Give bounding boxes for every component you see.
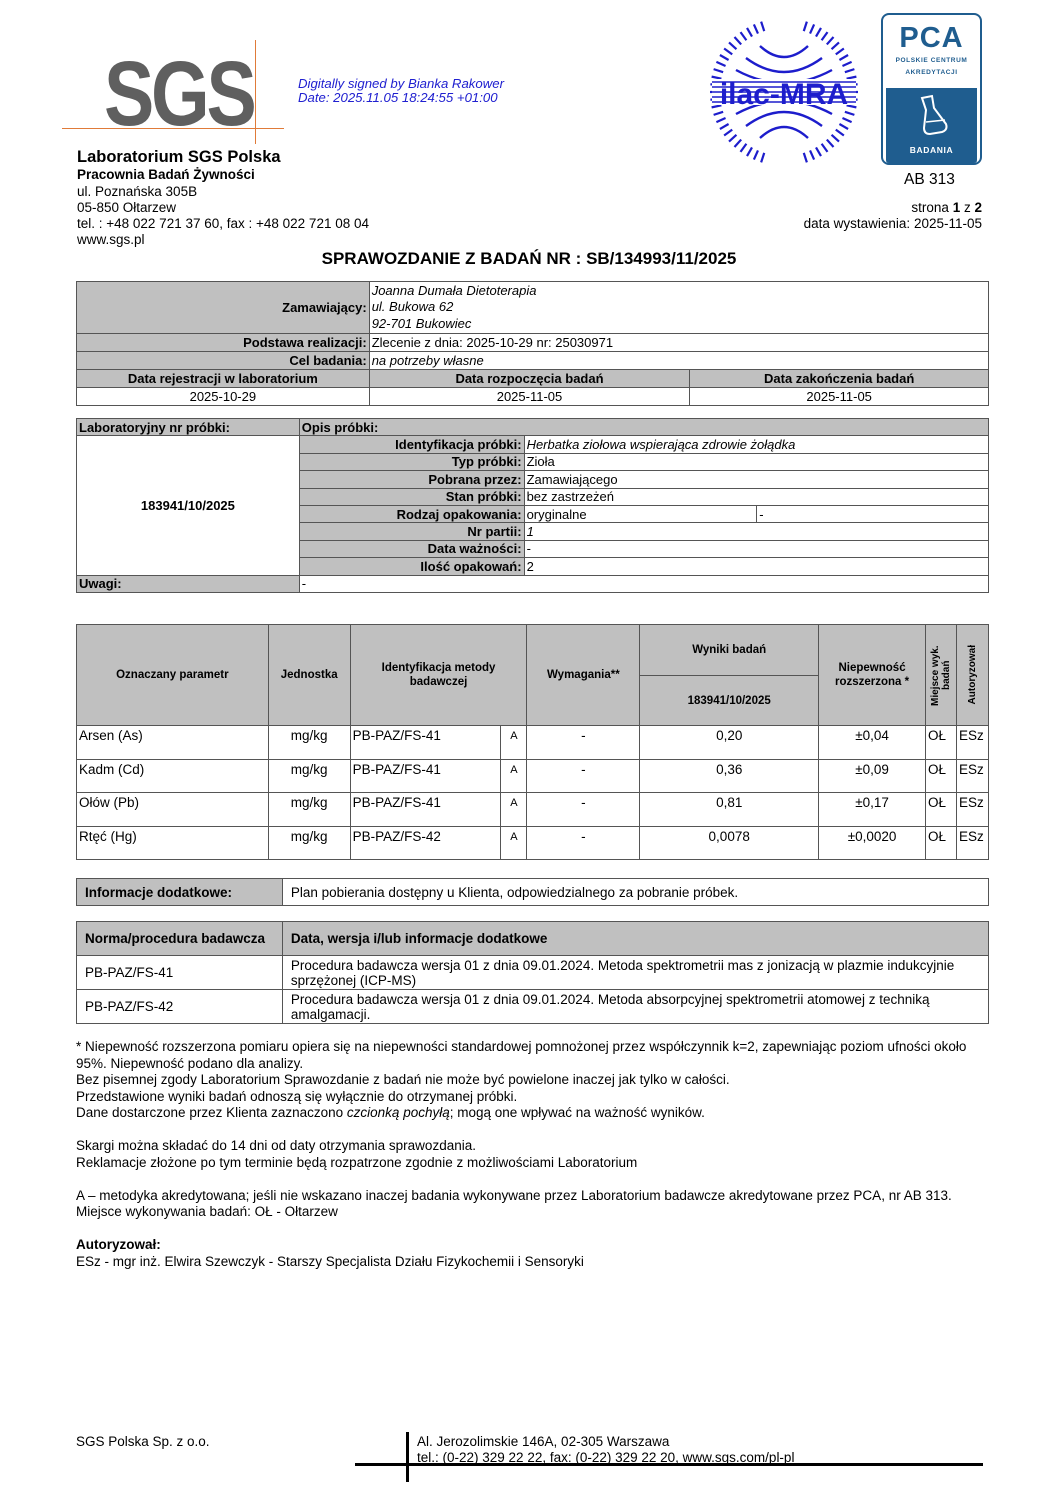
lab-phone: tel. : +48 022 721 37 60, fax : +48 022 … <box>77 216 369 232</box>
lab-city: 05-850 Ołtarzew <box>77 200 176 216</box>
sample-field-label: Ilość opakowań: <box>299 558 524 575</box>
result-place: OŁ <box>926 759 957 793</box>
sample-field-value: Zamawiającego <box>524 471 988 488</box>
result-requirement: - <box>527 826 640 860</box>
sample-field-value: - <box>524 540 988 557</box>
note-place: Miejsce wykonywania badań: OŁ - Ołtarzew <box>76 1204 986 1221</box>
logo-accent-line <box>62 128 284 129</box>
sample-field-label: Pobrana przez: <box>299 471 524 488</box>
result-uncertainty: ±0,09 <box>819 759 926 793</box>
sgs-logo-text: SGS <box>104 48 253 140</box>
issue-date: data wystawienia: 2025-11-05 <box>804 216 982 231</box>
result-uncertainty: ±0,0020 <box>819 826 926 860</box>
signature-date: Date: 2025.11.05 18:24:55 +01:00 <box>298 91 504 105</box>
result-parameter: Ołów (Pb) <box>77 793 269 827</box>
result-uncertainty: ±0,17 <box>819 793 926 827</box>
footer-address: Al. Jerozolimskie 146A, 02-305 Warszawa <box>417 1434 794 1450</box>
sample-description-label: Opis próbki: <box>299 419 988 436</box>
lab-name: Laboratorium SGS Polska <box>77 148 281 167</box>
result-accreditation-flag: A <box>501 759 527 793</box>
footer-divider <box>406 1432 409 1482</box>
header-results: Wyniki badań <box>640 625 819 676</box>
sample-field-value: Zioła <box>524 453 988 470</box>
note-accredited: A – metodyka akredytowana; jeśli nie wsk… <box>76 1188 986 1205</box>
remarks-label: Uwagi: <box>77 575 300 592</box>
total-pages: 2 <box>974 200 982 215</box>
header-sample-number: 183941/10/2025 <box>640 676 819 726</box>
registration-date: 2025-10-29 <box>77 388 370 406</box>
methods-header-norm: Norma/procedura badawcza <box>77 922 283 956</box>
header-parameter: Oznaczany parametr <box>77 625 269 726</box>
authorized-label: Autoryzował: <box>76 1237 986 1254</box>
result-row: Rtęć (Hg)mg/kgPB-PAZ/FS-42A-0,0078±0,002… <box>77 826 989 860</box>
signature-signer: Digitally signed by Bianka Rakower <box>298 77 504 91</box>
authorized-value: ESz - mgr inż. Elwira Szewczyk - Starszy… <box>76 1254 986 1271</box>
sample-info-table: Laboratoryjny nr próbki: Opis próbki: 18… <box>76 418 989 593</box>
issue-date-label: data wystawienia: <box>804 216 911 231</box>
result-value: 0,0078 <box>640 826 819 860</box>
additional-info-label: Informacje dodatkowe: <box>77 879 283 906</box>
result-method: PB-PAZ/FS-41 <box>350 759 501 793</box>
remarks-value: - <box>299 575 988 592</box>
start-date: 2025-11-05 <box>369 388 690 406</box>
result-authorized: ESz <box>956 759 988 793</box>
sample-field-value: bez zastrzeżeń <box>524 488 988 505</box>
accreditation-number: AB 313 <box>904 171 955 189</box>
method-code: PB-PAZ/FS-42 <box>77 990 283 1024</box>
footer-divider <box>355 1463 983 1466</box>
page-label: strona <box>911 200 949 215</box>
result-unit: mg/kg <box>268 826 350 860</box>
report-notes: * Niepewność rozszerzona pomiaru opiera … <box>76 1039 986 1270</box>
issue-date-value: 2025-11-05 <box>914 216 982 231</box>
pca-subtitle-1: POLSKIE CENTRUM <box>883 57 980 65</box>
result-accreditation-flag: A <box>501 826 527 860</box>
additional-info-value: Plan pobierania dostępny u Klienta, odpo… <box>282 879 988 906</box>
methods-table: Norma/procedura badawcza Data, wersja i/… <box>76 921 989 1024</box>
header-place: Miejsce wyk. badań <box>926 625 957 726</box>
sample-field-label: Identyfikacja próbki: <box>299 436 524 453</box>
result-authorized: ESz <box>956 826 988 860</box>
client-name: Joanna Dumała Dietoterapia <box>372 283 986 300</box>
result-row: Kadm (Cd)mg/kgPB-PAZ/FS-41A-0,36±0,09OŁE… <box>77 759 989 793</box>
result-method: PB-PAZ/FS-42 <box>350 826 501 860</box>
result-uncertainty: ±0,04 <box>819 726 926 760</box>
end-date: 2025-11-05 <box>690 388 989 406</box>
lab-website: www.sgs.pl <box>77 232 145 248</box>
pca-accreditation-badge: PCA POLSKIE CENTRUM AKREDYTACJI BADANIA <box>881 13 982 165</box>
method-info: Procedura badawcza wersja 01 z dnia 09.0… <box>282 990 988 1024</box>
result-value: 0,20 <box>640 726 819 760</box>
method-code: PB-PAZ/FS-41 <box>77 956 283 990</box>
sample-field-value: oryginalne <box>524 505 757 522</box>
svg-text:ilac-MRA: ilac-MRA <box>720 78 848 111</box>
client-street: ul. Bukowa 62 <box>372 299 986 316</box>
sample-field-label: Rodzaj opakowania: <box>299 505 524 522</box>
header-unit: Jednostka <box>268 625 350 726</box>
note-scope: Przedstawione wyniki badań odnoszą się w… <box>76 1089 986 1106</box>
result-place: OŁ <box>926 826 957 860</box>
order-info-table: Zamawiający: Joanna Dumała Dietoterapia … <box>76 281 989 406</box>
result-accreditation-flag: A <box>501 726 527 760</box>
result-authorized: ESz <box>956 793 988 827</box>
result-unit: mg/kg <box>268 793 350 827</box>
result-unit: mg/kg <box>268 759 350 793</box>
header-method: Identyfikacja metody badawczej <box>350 625 527 726</box>
header-authorized: Autoryzował <box>956 625 988 726</box>
pca-badge-label: BADANIA <box>886 145 977 155</box>
result-requirement: - <box>527 759 640 793</box>
sgs-logo: SGS <box>62 40 287 145</box>
basis-label: Podstawa realizacji: <box>77 334 370 352</box>
page-counter: strona 1 z 2 <box>911 200 982 215</box>
result-unit: mg/kg <box>268 726 350 760</box>
current-page: 1 <box>953 200 961 215</box>
methods-header-info: Data, wersja i/lub informacje dodatkowe <box>282 922 988 956</box>
header-requirements: Wymagania** <box>527 625 640 726</box>
result-authorized: ESz <box>956 726 988 760</box>
note-complaints: Skargi można składać do 14 dni od daty o… <box>76 1138 986 1155</box>
ilac-mra-logo: ilac-MRA <box>708 16 860 168</box>
purpose-label: Cel badania: <box>77 352 370 370</box>
sample-field-label: Nr partii: <box>299 523 524 540</box>
sample-field-value: Herbatka ziołowa wspierająca zdrowie żoł… <box>524 436 988 453</box>
footer-company: SGS Polska Sp. z o.o. <box>76 1434 210 1449</box>
method-info: Procedura badawcza wersja 01 z dnia 09.0… <box>282 956 988 990</box>
note-uncertainty: * Niepewność rozszerzona pomiaru opiera … <box>76 1039 986 1072</box>
end-date-header: Data zakończenia badań <box>690 370 989 388</box>
digital-signature: Digitally signed by Bianka Rakower Date:… <box>298 77 504 105</box>
registration-date-header: Data rejestracji w laboratorium <box>77 370 370 388</box>
client-label: Zamawiający: <box>77 282 370 334</box>
lab-department: Pracownia Badań Żywności <box>77 167 255 182</box>
purpose-value: na potrzeby własne <box>369 352 988 370</box>
note-client-data: Dane dostarczone przez Klienta zaznaczon… <box>76 1105 986 1122</box>
client-city: 92-701 Bukowiec <box>372 316 986 333</box>
header-uncertainty: Niepewność rozszerzona * <box>819 625 926 726</box>
results-table: Oznaczany parametr Jednostka Identyfikac… <box>76 624 989 860</box>
pca-title: PCA <box>883 23 980 53</box>
additional-info-table: Informacje dodatkowe: Plan pobierania do… <box>76 878 989 906</box>
result-parameter: Kadm (Cd) <box>77 759 269 793</box>
note-copy: Bez pisemnej zgody Laboratorium Sprawozd… <box>76 1072 986 1089</box>
result-accreditation-flag: A <box>501 793 527 827</box>
client-value: Joanna Dumała Dietoterapia ul. Bukowa 62… <box>369 282 988 334</box>
sample-field-extra: - <box>757 505 989 522</box>
lab-sample-number-label: Laboratoryjny nr próbki: <box>77 419 300 436</box>
result-place: OŁ <box>926 726 957 760</box>
sample-field-label: Data ważności: <box>299 540 524 557</box>
page-of-label: z <box>964 200 971 215</box>
result-requirement: - <box>527 793 640 827</box>
start-date-header: Data rozpoczęcia badań <box>369 370 690 388</box>
sample-field-value: 1 <box>524 523 988 540</box>
footer-contact: Al. Jerozolimskie 146A, 02-305 Warszawa … <box>417 1434 794 1466</box>
flask-icon <box>912 94 952 138</box>
logo-accent-line <box>255 40 256 144</box>
lab-street: ul. Poznańska 305B <box>77 184 197 200</box>
result-parameter: Arsen (As) <box>77 726 269 760</box>
result-value: 0,81 <box>640 793 819 827</box>
sample-field-label: Typ próbki: <box>299 453 524 470</box>
result-parameter: Rtęć (Hg) <box>77 826 269 860</box>
result-method: PB-PAZ/FS-41 <box>350 793 501 827</box>
lab-sample-number: 183941/10/2025 <box>77 436 300 575</box>
result-row: Arsen (As)mg/kgPB-PAZ/FS-41A-0,20±0,04OŁ… <box>77 726 989 760</box>
basis-value: Zlecenie z dnia: 2025-10-29 nr: 25030971 <box>369 334 988 352</box>
pca-subtitle-2: AKREDYTACJI <box>883 69 980 77</box>
note-claims: Reklamacje złożone po tym terminie będą … <box>76 1155 986 1172</box>
result-method: PB-PAZ/FS-41 <box>350 726 501 760</box>
sample-field-value: 2 <box>524 558 988 575</box>
sample-field-label: Stan próbki: <box>299 488 524 505</box>
result-requirement: - <box>527 726 640 760</box>
result-value: 0,36 <box>640 759 819 793</box>
report-title: SPRAWOZDANIE Z BADAŃ NR : SB/134993/11/2… <box>0 249 1058 269</box>
result-row: Ołów (Pb)mg/kgPB-PAZ/FS-41A-0,81±0,17OŁE… <box>77 793 989 827</box>
result-place: OŁ <box>926 793 957 827</box>
